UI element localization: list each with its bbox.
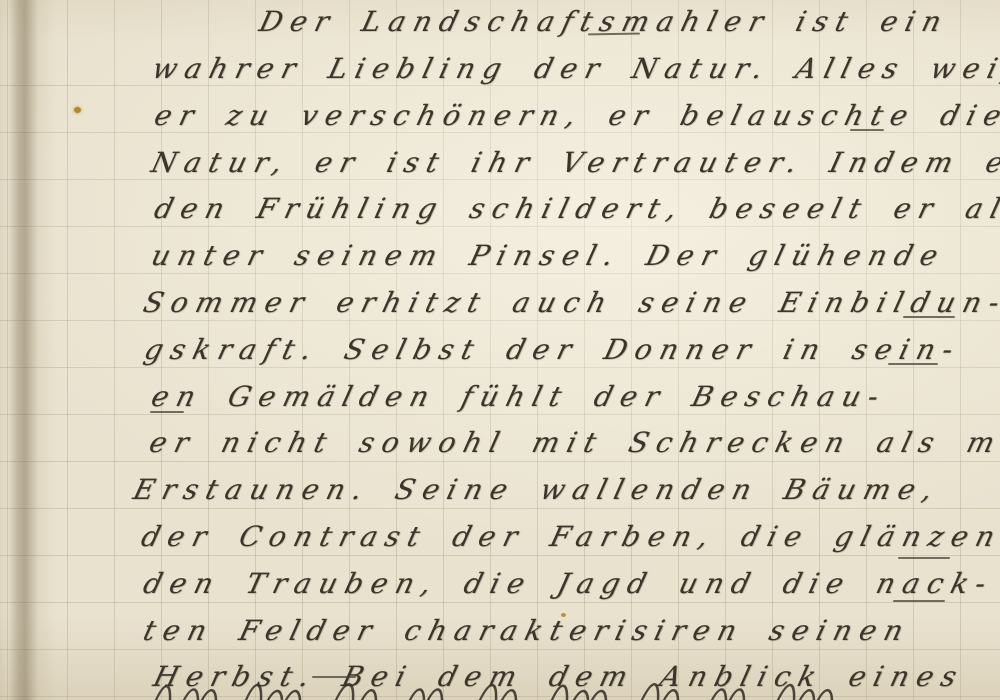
ink-underline [903, 316, 955, 318]
handwriting-line: Der Landschaftsmahler ist ein [255, 2, 953, 42]
ink-underline [850, 129, 884, 131]
handwriting-line: Erstaunen. Seine wallenden Bäume, [129, 470, 945, 510]
handwriting-text-block: Der Landschaftsmahler ist einwahrer Lieb… [0, 0, 1000, 700]
handwriting-line: Sommer erhitzt auch seine Einbildun- [139, 283, 1000, 323]
partial-bottom-line-strokes [150, 678, 875, 700]
handwriting-line: gskraft. Selbst der Donner in sein- [140, 330, 965, 370]
handwriting-line: en Gemälden fühlt der Beschau- [147, 377, 891, 417]
handwriting-line: der Contrast der Farben, die glänzen- [137, 517, 1000, 557]
manuscript-page: Der Landschaftsmahler ist einwahrer Lieb… [0, 0, 1000, 700]
ink-underline [150, 411, 184, 413]
ink-underline [893, 600, 945, 602]
ink-underline [888, 363, 938, 365]
handwriting-line: den Trauben, die Jagd und die nack- [139, 564, 998, 604]
handwriting-line: ten Felder charakterisiren seinen [139, 611, 915, 651]
ink-underline [898, 557, 950, 559]
handwriting-line: er nicht sowohl mit Schrecken als mit [145, 423, 1000, 463]
handwriting-line: Natur, er ist ihr Vertrauter. Indem er [147, 143, 1000, 183]
handwriting-line: den Frühling schildert, beseelt er alles [150, 189, 1000, 229]
handwriting-line: wahrer Liebling der Natur. Alles weiß [148, 49, 1000, 89]
handwriting-line: unter seinem Pinsel. Der glühende [147, 236, 950, 276]
